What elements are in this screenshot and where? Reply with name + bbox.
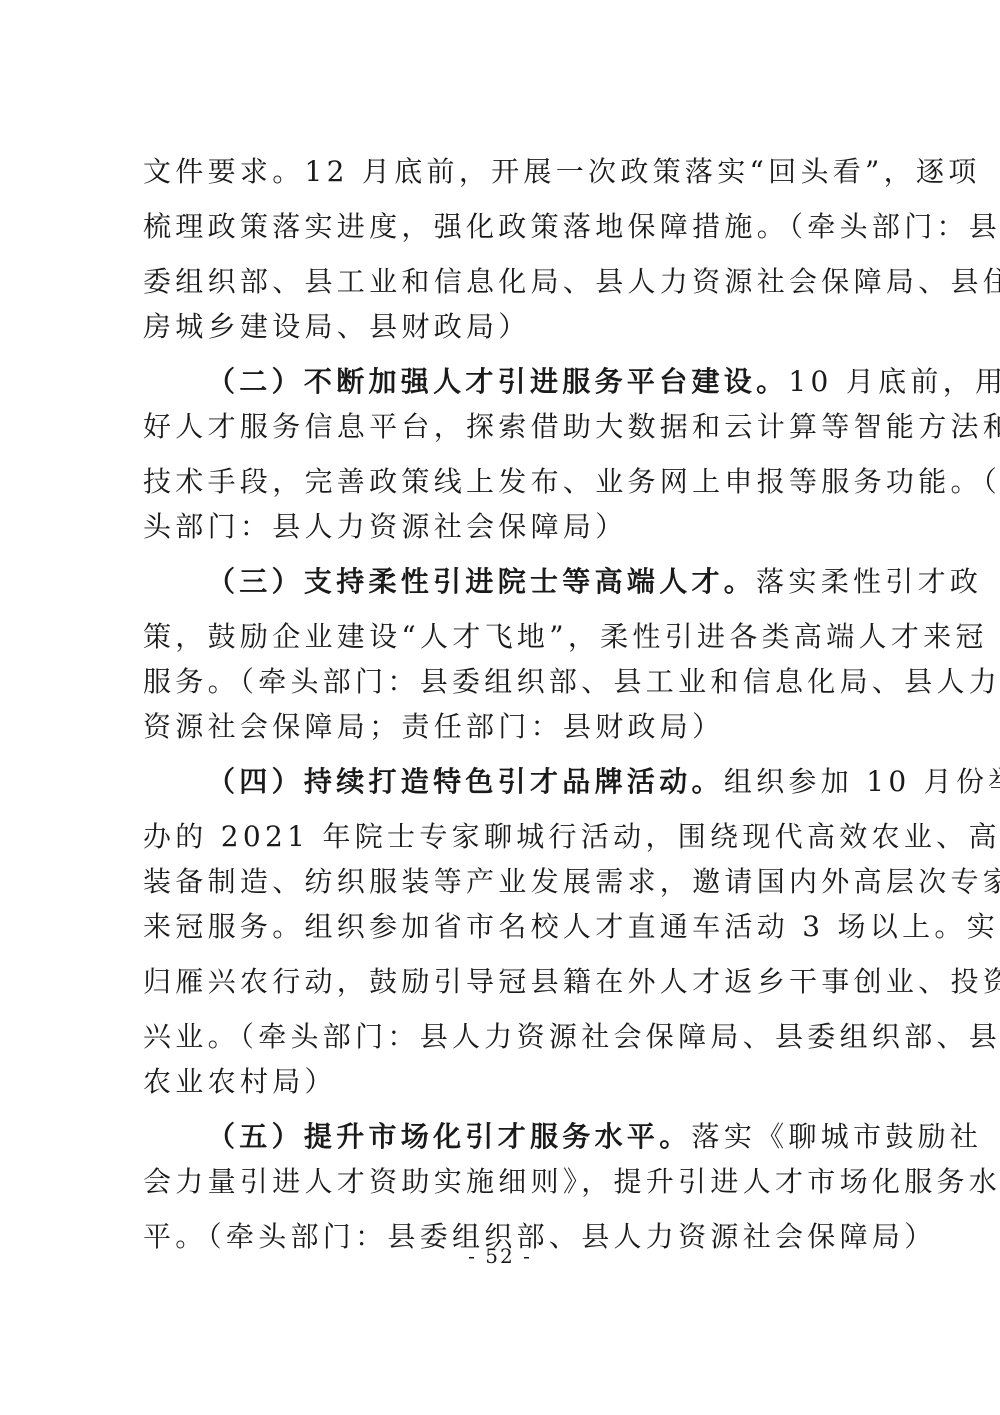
paragraph-line: 文件要求。12 月底前，开展一次政策落实“回头看”，逐项 (143, 152, 859, 192)
paragraph-line: 农业农村局） (143, 1062, 859, 1102)
section-heading: （二）不断加强人才引进服务平台建设。 (207, 365, 788, 398)
section-5-first-line: （五）提升市场化引才服务水平。落实《聊城市鼓励社 (207, 1117, 859, 1157)
paragraph-line: 装备制造、纺织服装等产业发展需求，邀请国内外高层次专家 (143, 862, 859, 902)
paragraph-line: 兴业。（牵头部门：县人力资源社会保障局、县委组织部、县 (143, 1017, 859, 1057)
section-heading: （四）持续打造特色引才品牌活动。 (207, 765, 724, 798)
paragraph-line: 会力量引进人才资助实施细则》，提升引进人才市场化服务水 (143, 1162, 859, 1202)
paragraph-line: 归雁兴农行动，鼓励引导冠县籍在外人才返乡干事创业、投资 (143, 962, 859, 1002)
section-4-first-line: （四）持续打造特色引才品牌活动。组织参加 10 月份举 (207, 762, 859, 802)
paragraph-line: 策，鼓励企业建设“人才飞地”，柔性引进各类高端人才来冠 (143, 617, 859, 657)
section-text: 组织参加 10 月份举 (724, 765, 1000, 798)
paragraph-line: 好人才服务信息平台，探索借助大数据和云计算等智能方法和 (143, 407, 859, 447)
paragraph-line: 资源社会保障局；责任部门：县财政局） (143, 707, 859, 747)
paragraph-line: 委组织部、县工业和信息化局、县人力资源社会保障局、县住 (143, 262, 859, 302)
section-3-first-line: （三）支持柔性引进院士等高端人才。落实柔性引才政 (207, 562, 859, 602)
paragraph-line: 来冠服务。组织参加省市名校人才直通车活动 3 场以上。实施 (143, 907, 859, 947)
section-heading: （三）支持柔性引进院士等高端人才。 (207, 565, 756, 598)
page-number: - 52 - (0, 1244, 1000, 1268)
paragraph-line: 技术手段，完善政策线上发布、业务网上申报等服务功能。（牵 (143, 462, 859, 502)
paragraph-line: 服务。（牵头部门：县委组织部、县工业和信息化局、县人力 (143, 662, 859, 702)
paragraph-line: 办的 2021 年院士专家聊城行活动，围绕现代高效农业、高端 (143, 817, 859, 857)
paragraph-line: 头部门：县人力资源社会保障局） (143, 507, 859, 547)
section-2-first-line: （二）不断加强人才引进服务平台建设。10 月底前，用 (207, 362, 859, 402)
section-text: 落实柔性引才政 (756, 565, 982, 598)
document-page: 文件要求。12 月底前，开展一次政策落实“回头看”，逐项 梳理政策落实进度，强化… (0, 0, 1000, 1415)
paragraph-line: 梳理政策落实进度，强化政策落地保障措施。（牵头部门：县 (143, 207, 859, 247)
section-heading: （五）提升市场化引才服务水平。 (207, 1120, 692, 1153)
paragraph-line: 房城乡建设局、县财政局） (143, 307, 859, 347)
section-text: 落实《聊城市鼓励社 (692, 1120, 983, 1153)
section-text: 10 月底前，用 (788, 365, 1000, 398)
